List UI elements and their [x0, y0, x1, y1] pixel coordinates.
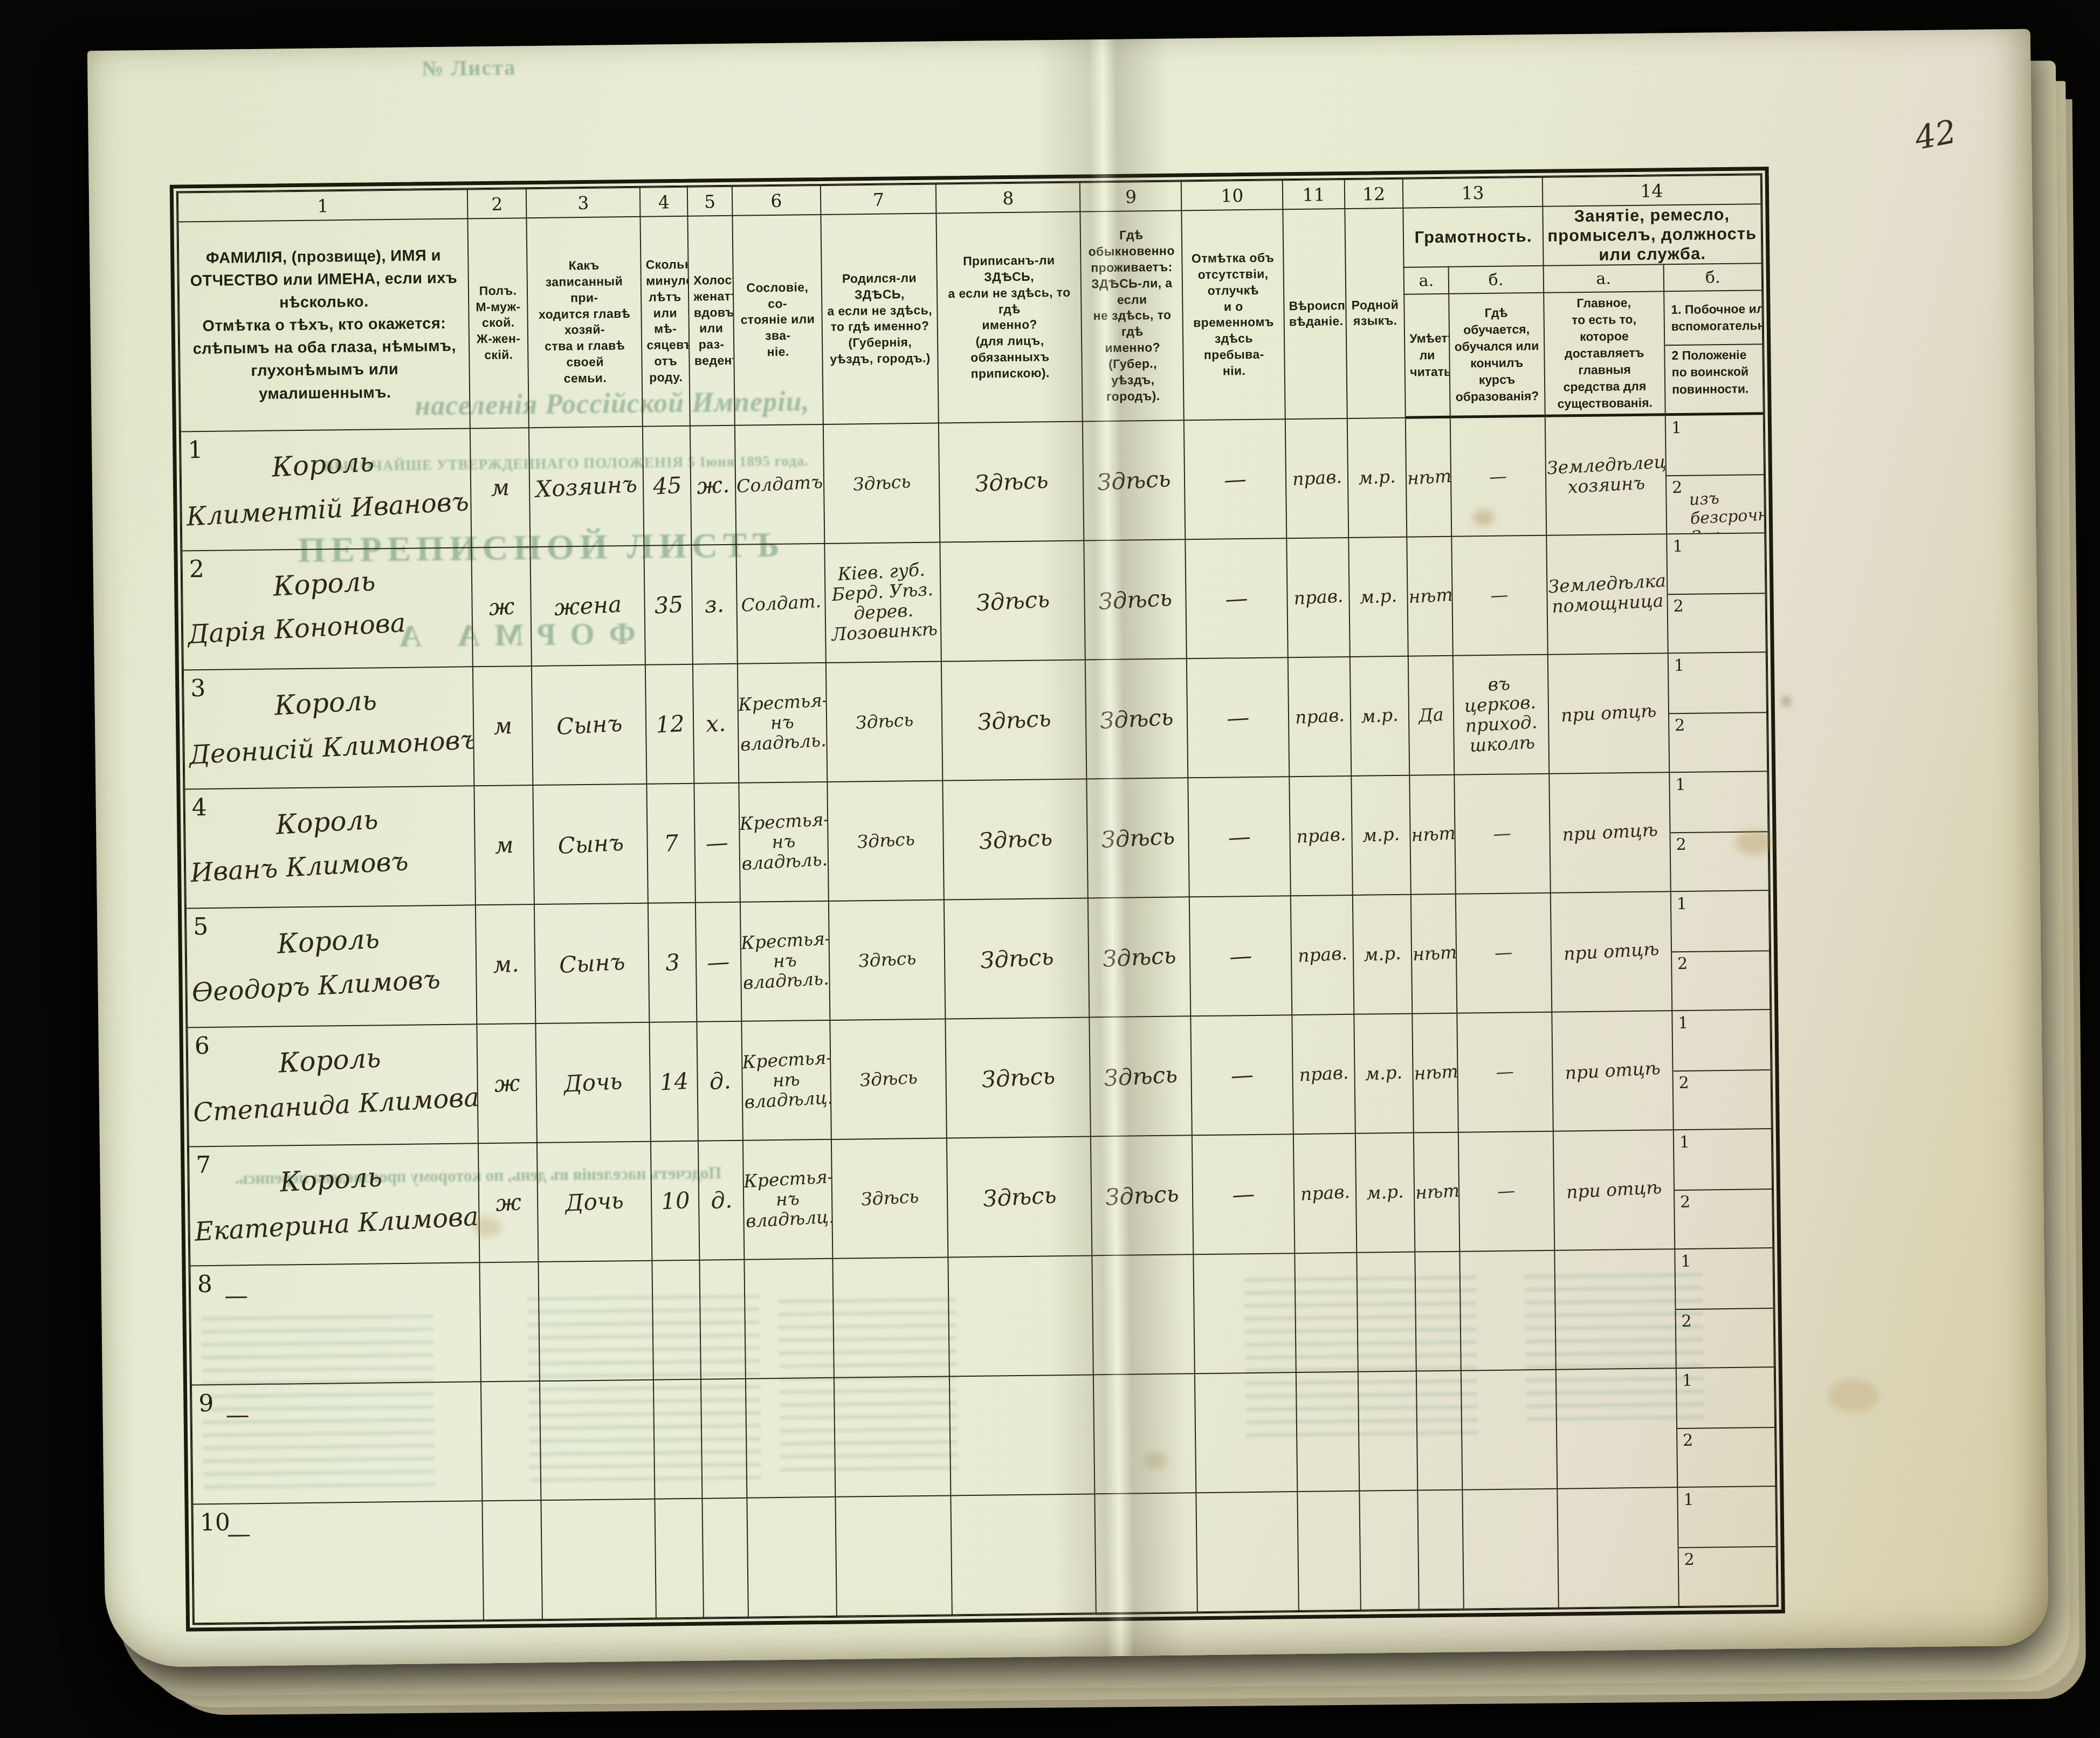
cell-religion: прав.: [1291, 895, 1354, 1015]
cell-occupation: [1554, 1249, 1676, 1370]
cell-school: —: [1451, 535, 1548, 656]
cell-language: м.р.: [1354, 1013, 1414, 1133]
registered-handwriting: Здѣсь: [974, 466, 1049, 497]
school-handwriting: —: [1489, 466, 1507, 487]
header-col-7-label: Родился-ли ЗДѢСЬ, а если не здѣсь, то гд…: [821, 214, 939, 424]
cell-school: —: [1457, 1012, 1553, 1132]
side-occupation-sub2: 2: [1675, 1189, 1772, 1248]
marital-handwriting: д.: [708, 1067, 732, 1095]
absence-handwriting: —: [1226, 704, 1250, 731]
occupation-handwriting: при отцѣ: [1561, 820, 1658, 845]
header-col-number: 4: [640, 187, 688, 217]
cell-age: 10: [651, 1141, 700, 1261]
cell-sex: [483, 1500, 542, 1620]
name-cell-wrap: 7КорольЕкатерина Климова: [189, 1144, 479, 1265]
paper-stain: [1828, 1379, 1879, 1413]
cell-school: [1462, 1488, 1559, 1609]
header-col-number: 1: [178, 189, 468, 222]
side-marker: 1: [1681, 1252, 1691, 1271]
cell-name: 9—: [191, 1382, 483, 1504]
cell-school: въ церков. приход. школѣ: [1452, 655, 1549, 775]
cell-reads: нѣтъ: [1410, 775, 1456, 895]
resides-handwriting: Здѣсь: [1097, 465, 1172, 496]
resides-handwriting: Здѣсь: [1101, 823, 1176, 853]
absence-handwriting: —: [1223, 465, 1248, 493]
side-marker: 2: [1673, 597, 1683, 616]
born-handwriting: Здѣсь: [859, 1068, 918, 1091]
cell-registered: Здѣсь: [946, 1017, 1091, 1138]
side-marker: 2: [1676, 835, 1686, 854]
language-handwriting: м.р.: [1366, 1181, 1404, 1204]
surname-handwriting: Король: [182, 560, 466, 607]
side-marker: 1: [1677, 895, 1687, 913]
header-col-number: 12: [1345, 179, 1403, 209]
table-row: 9—12: [191, 1367, 1775, 1504]
absence-handwriting: —: [1225, 585, 1249, 612]
cell-absence: —: [1189, 896, 1292, 1016]
cell-name: 7КорольЕкатерина Климова: [189, 1143, 480, 1266]
born-handwriting: Здѣсь: [855, 710, 914, 733]
bleed-through-text: № Листа: [422, 54, 516, 81]
registered-handwriting: Здѣсь: [980, 943, 1055, 973]
header-col-11-label: Вѣроиспо- вѣданіе.: [1283, 209, 1347, 419]
cell-school: —: [1450, 416, 1546, 537]
cell-religion: [1298, 1491, 1361, 1611]
cell-language: [1357, 1252, 1416, 1371]
side-marker: 1: [1682, 1371, 1692, 1390]
name-cell-wrap: 3КорольДеонисій Климоновъ: [184, 667, 474, 788]
header-col-number: 7: [821, 184, 937, 215]
absence-handwriting: —: [1228, 823, 1252, 850]
cell-resides: Здѣсь: [1090, 1016, 1192, 1136]
surname-handwriting: Король: [181, 441, 465, 488]
cell-marital: ж.: [690, 425, 736, 545]
cell-born: [832, 1257, 949, 1377]
cell-marital: —: [696, 902, 741, 1022]
cell-resides: [1093, 1373, 1196, 1494]
cell-resides: Здѣсь: [1087, 778, 1189, 898]
born-handwriting: Здѣсь: [852, 472, 911, 495]
cell-language: [1358, 1371, 1418, 1490]
cell-reads: Да: [1408, 656, 1454, 775]
header-occupation-a-label: а.: [1543, 264, 1664, 293]
cell-reads: нѣтъ: [1407, 537, 1453, 656]
cell-sex: [481, 1381, 541, 1501]
religion-handwriting: прав.: [1296, 825, 1346, 847]
cell-occupation: [1556, 1368, 1678, 1489]
cell-name: 4КорольИванъ Климовъ: [184, 786, 476, 908]
occupation-handwriting: Земледѣлецъ хозяинъ: [1546, 452, 1665, 499]
header-col-6-label: Сословіе, со- стояніе или зва- ніе.: [732, 215, 823, 425]
folio-number: 42: [1912, 113, 1959, 157]
cell-reads: нѣтъ: [1411, 894, 1457, 1014]
registered-handwriting: Здѣсь: [981, 1062, 1056, 1093]
reads-handwriting: Да: [1418, 705, 1444, 726]
sex-handwriting: ж: [488, 593, 515, 621]
cell-language: м.р.: [1347, 418, 1407, 538]
cell-age: 35: [644, 545, 693, 665]
cell-occupation: Земледѣлецъ хозяинъ: [1545, 415, 1667, 535]
header-col-10-label: Отмѣтка объ отсутствіи, отлучкѣ и о врем…: [1182, 209, 1285, 420]
row-number-dash: —: [227, 1520, 251, 1548]
side-marker: 2: [1683, 1431, 1693, 1450]
cell-absence: —: [1188, 777, 1291, 897]
cell-age: 3: [648, 903, 697, 1022]
reads-handwriting: нѣтъ: [1414, 1062, 1457, 1084]
cell-marital: —: [694, 783, 740, 903]
header-col-number: 13: [1403, 177, 1543, 208]
language-handwriting: м.р.: [1365, 1062, 1403, 1084]
name-cell-wrap: 1КорольКлиментій Ивановъ: [181, 429, 471, 550]
sex-handwriting: ж: [495, 1189, 522, 1217]
cell-marital: з.: [692, 545, 738, 664]
name-cell-wrap: 9—: [192, 1382, 482, 1503]
cell-registered: Здѣсь: [943, 779, 1089, 899]
cell-estate: Крестья- нъ владѣль.: [737, 663, 827, 783]
header-col-3-label: Какъ записанный при- ходится главѣ хозяй…: [526, 217, 643, 428]
cell-school: —: [1458, 1131, 1554, 1252]
cell-resides: [1092, 1254, 1195, 1375]
header-col-9-label: Гдѣ обыкновенно проживаетъ: ЗДѢСЬ-ли, а …: [1080, 210, 1184, 421]
cell-sex: м: [470, 428, 530, 547]
reads-handwriting: нѣтъ: [1412, 943, 1456, 965]
cell-reads: [1416, 1370, 1462, 1490]
cell-absence: —: [1191, 1015, 1293, 1135]
cell-sex: ж: [477, 1023, 537, 1143]
cell-age: 12: [645, 664, 694, 784]
header-col-2-label: Полъ. М-муж- ской. Ж-жен- скій.: [468, 218, 529, 428]
given-name-handwriting: Степанида Климова: [192, 1082, 477, 1128]
language-handwriting: м.р.: [1362, 824, 1400, 846]
religion-handwriting: прав.: [1295, 705, 1345, 728]
header-col-number: 3: [526, 188, 641, 218]
cell-name: 2КорольДарія Кононова: [182, 547, 473, 670]
cell-occupation: при отцѣ: [1551, 891, 1672, 1012]
cell-registered: Здѣсь: [941, 660, 1087, 780]
cell-registered: [949, 1375, 1095, 1495]
cell-born: Здѣсь: [829, 899, 946, 1020]
side-occupation-sub2: 2: [1673, 1069, 1771, 1129]
relation-handwriting: Сынъ: [557, 829, 624, 859]
cell-language: м.р.: [1348, 537, 1408, 657]
age-handwriting: 14: [659, 1068, 689, 1096]
language-handwriting: м.р.: [1358, 466, 1396, 489]
cell-side-occupation: 12: [1677, 1486, 1777, 1606]
cell-born: [834, 1376, 951, 1496]
header-col-4-label: Сколько минуло лѣтъ или мѣ- сяцевъ отъ р…: [641, 216, 690, 427]
cell-registered: Здѣсь: [939, 421, 1084, 542]
cell-reads: [1418, 1489, 1464, 1609]
cell-side-occupation: 12изъ безсрочн. Зап: нижн. чинъ: [1665, 414, 1765, 534]
school-handwriting: —: [1490, 585, 1509, 606]
cell-resides: Здѣсь: [1084, 539, 1187, 660]
relation-handwriting: Дочь: [563, 1068, 623, 1097]
cell-relation: Хозяинъ: [529, 427, 644, 547]
side-occupation-sub2: 2: [1669, 712, 1767, 771]
side-marker: 2: [1677, 954, 1688, 973]
row-number: 9: [198, 1390, 214, 1417]
cell-name: 1КорольКлиментій Ивановъ: [181, 428, 472, 551]
cell-religion: прав.: [1290, 776, 1353, 896]
given-name-handwriting: Ѳеодоръ Климовъ: [191, 964, 441, 1008]
cell-side-occupation: 12: [1667, 533, 1766, 653]
occupation-handwriting: при отцѣ: [1560, 700, 1657, 726]
sex-handwriting: м.: [492, 950, 519, 978]
side-occupation-sub2: 2: [1672, 950, 1769, 1009]
cell-registered: Здѣсь: [940, 540, 1086, 661]
census-table-grid: 1234567891011121314ФАМИЛІЯ, (прозвище), …: [177, 174, 1778, 1624]
side-occupation-sub2: 2: [1676, 1308, 1773, 1367]
language-handwriting: м.р.: [1360, 705, 1399, 727]
side2-handwriting: изъ безсрочн. Зап: нижн. чинъ: [1665, 473, 1765, 534]
table-header: 1234567891011121314ФАМИЛІЯ, (прозвище), …: [178, 175, 1764, 431]
given-name-handwriting: Иванъ Климовъ: [190, 846, 409, 888]
cell-age: 45: [643, 426, 692, 546]
side-occupation-sub1: 1: [1674, 1130, 1772, 1190]
religion-handwriting: прав.: [1292, 467, 1342, 490]
given-name-handwriting: Екатерина Климова: [194, 1201, 478, 1247]
school-handwriting: —: [1493, 823, 1512, 844]
side-marker: 1: [1671, 418, 1682, 437]
registered-handwriting: Здѣсь: [982, 1181, 1057, 1212]
resides-handwriting: Здѣсь: [1098, 585, 1173, 615]
name-cell-wrap: 10—: [193, 1501, 483, 1623]
census-table: 1234567891011121314ФАМИЛІЯ, (прозвище), …: [170, 167, 1785, 1631]
header-literacy-a-label: а.: [1404, 267, 1449, 294]
estate-handwriting: Крестья- нѣ владѣлц.: [742, 1048, 831, 1112]
cell-born: Здѣсь: [823, 423, 940, 543]
cell-religion: прав.: [1287, 538, 1350, 657]
marital-handwriting: з.: [704, 590, 725, 618]
paper-stain: [1782, 698, 1790, 705]
cell-name: 3КорольДеонисій Климоновъ: [183, 667, 474, 789]
school-handwriting: —: [1494, 943, 1513, 964]
cell-name: 8—: [190, 1262, 481, 1385]
surname-handwriting: Король: [183, 679, 467, 726]
sex-handwriting: ж: [493, 1069, 520, 1097]
marital-handwriting: х.: [705, 710, 727, 737]
sex-handwriting: м: [490, 474, 510, 502]
side-marker: 2: [1680, 1193, 1690, 1212]
surname-handwriting: Король: [185, 799, 469, 846]
header-occupation-b-label: б.: [1663, 263, 1762, 291]
cell-born: Здѣсь: [826, 661, 943, 781]
age-handwriting: 12: [655, 710, 685, 738]
header-col-1-label: ФАМИЛІЯ, (прозвище), ИМЯ и ОТЧЕСТВО или …: [178, 218, 470, 431]
cell-language: м.р.: [1350, 656, 1410, 776]
cell-age: [653, 1379, 703, 1499]
table-row: 2КорольДарія Кононоважжена35з.Солдат.Кіе…: [182, 533, 1766, 670]
estate-handwriting: Крестья- нъ владѣль.: [738, 690, 827, 754]
side-marker: 2: [1678, 1074, 1689, 1093]
religion-handwriting: прав.: [1298, 1063, 1349, 1086]
resides-handwriting: Здѣсь: [1102, 942, 1177, 972]
row-number: 8: [197, 1270, 213, 1298]
header-col-number: 10: [1181, 180, 1283, 210]
cell-age: [655, 1498, 704, 1618]
name-cell-wrap: 5КорольѲеодоръ Климовъ: [187, 905, 477, 1027]
header-col-5-label: Холостъ, женатъ, вдовъ или раз- веденъ.: [688, 216, 735, 426]
cell-relation: [540, 1379, 655, 1500]
side-occupation-sub1: 1: [1675, 1249, 1773, 1309]
name-cell-wrap: 6КорольСтепанида Климова: [188, 1025, 478, 1146]
cell-born: Здѣсь: [831, 1138, 948, 1258]
header-occupation-b-text: 1. Побочное или вспомогательное.2 Положе…: [1664, 290, 1764, 415]
cell-language: м.р.: [1351, 775, 1411, 895]
born-handwriting: Здѣсь: [858, 949, 917, 972]
side-marker: 1: [1672, 537, 1683, 556]
absence-handwriting: —: [1230, 1061, 1255, 1089]
header-occupation-group: Занятіе, ремесло, промыселъ, должность и…: [1543, 204, 1761, 266]
age-handwriting: 7: [663, 829, 679, 856]
school-handwriting: въ церков. приход. школѣ: [1452, 672, 1549, 757]
header-col-number: 5: [687, 187, 732, 216]
header-col-number: 14: [1542, 175, 1761, 207]
cell-religion: прав.: [1293, 1134, 1357, 1253]
name-cell-wrap: 4КорольИванъ Климовъ: [185, 786, 475, 908]
cell-side-occupation: 12: [1674, 1129, 1773, 1249]
cell-language: м.р.: [1355, 1132, 1415, 1252]
header-col-number: 6: [732, 186, 821, 216]
occupation-handwriting: Земледѣлка помощница: [1548, 571, 1667, 617]
cell-occupation: при отцѣ: [1552, 1011, 1674, 1131]
resides-handwriting: Здѣсь: [1104, 1061, 1179, 1091]
cell-resides: Здѣсь: [1083, 420, 1185, 540]
cell-relation: Сынъ: [533, 784, 648, 904]
side-occupation-sub1: 1: [1677, 1368, 1774, 1428]
cell-relation: Дочь: [535, 1022, 651, 1143]
cell-name: 5КорольѲеодоръ Климовъ: [186, 905, 477, 1027]
cell-resides: [1095, 1493, 1197, 1613]
header-col-number: 9: [1080, 181, 1181, 211]
cell-born: Здѣсь: [827, 780, 944, 901]
side-marker: 2: [1675, 716, 1685, 735]
table-row: 4КорольИванъ КлимовъмСынъ7—Крестья- нъ в…: [184, 771, 1768, 908]
cell-sex: ж: [472, 547, 532, 667]
table-row: 3КорольДеонисій КлимоновъмСынъ12х.Кресть…: [183, 652, 1767, 789]
surname-handwriting: Король: [186, 918, 470, 965]
cell-reads: [1415, 1252, 1461, 1371]
cell-absence: [1195, 1372, 1297, 1493]
marital-handwriting: —: [706, 948, 731, 976]
given-name-handwriting: Деонисій Климоновъ: [188, 725, 472, 771]
table-body: 1КорольКлиментій ИвановъмХозяинъ45ж.Солд…: [181, 414, 1777, 1623]
header-col-number: 8: [936, 183, 1080, 214]
occupation-handwriting: при отцѣ: [1563, 939, 1660, 964]
cell-side-occupation: 12: [1675, 1248, 1774, 1368]
name-cell-wrap: 8—: [190, 1263, 480, 1384]
side-occupation-sub2: 2: [1668, 593, 1765, 652]
cell-relation: Сынъ: [534, 903, 650, 1023]
side-marker: 2: [1681, 1312, 1691, 1331]
surname-handwriting: Король: [188, 1037, 472, 1084]
cell-absence: —: [1184, 419, 1286, 539]
cell-absence: [1196, 1492, 1299, 1612]
cell-estate: Крестья- нъ владѣль.: [739, 782, 829, 902]
marital-handwriting: —: [705, 829, 729, 856]
cell-side-occupation: 12: [1671, 890, 1771, 1011]
side-occupation-sub1: 1: [1678, 1487, 1775, 1547]
cell-born: Кіев. губ. Берд. Уѣз. дерев. Лозовинкѣ: [824, 542, 941, 662]
cell-estate: [744, 1259, 834, 1379]
cell-reads: нѣтъ: [1414, 1132, 1459, 1252]
cell-sex: [480, 1262, 540, 1382]
side-marker: 1: [1679, 1133, 1690, 1152]
cell-sex: ж: [478, 1143, 538, 1262]
cell-born: [835, 1495, 952, 1616]
cell-religion: прав.: [1292, 1014, 1355, 1134]
born-handwriting: Кіев. губ. Берд. Уѣз. дерев. Лозовинкѣ: [825, 560, 941, 645]
cell-registered: [948, 1255, 1094, 1376]
cell-absence: —: [1192, 1134, 1295, 1254]
relation-handwriting: Сынъ: [555, 710, 623, 740]
header-literacy-group: Грамотность.: [1403, 207, 1544, 267]
cell-registered: Здѣсь: [944, 898, 1090, 1019]
cell-born: Здѣсь: [830, 1019, 947, 1139]
census-sheet: № Листанаселенія Россійской Имперіи,ВЫСО…: [87, 29, 2049, 1668]
row-number-dash: —: [225, 1401, 250, 1428]
age-handwriting: 35: [653, 591, 684, 619]
born-handwriting: Здѣсь: [860, 1187, 919, 1210]
occupation-handwriting: при отцѣ: [1564, 1058, 1661, 1083]
cell-side-occupation: 12: [1676, 1367, 1776, 1487]
bleed-through-layer: № Листанаселенія Россійской Имперіи,ВЫСО…: [87, 29, 2030, 51]
age-handwriting: 10: [660, 1187, 690, 1215]
cell-occupation: Земледѣлка помощница: [1546, 534, 1668, 655]
cell-relation: Сынъ: [532, 665, 647, 785]
side-occupation-sub2: 2: [1678, 1546, 1776, 1605]
born-handwriting: Здѣсь: [856, 829, 915, 853]
cell-estate: [747, 1497, 837, 1617]
absence-handwriting: —: [1229, 942, 1253, 970]
surname-handwriting: Король: [189, 1156, 473, 1203]
row-number-dash: —: [224, 1282, 249, 1309]
cell-marital: [701, 1379, 747, 1499]
table-row: 10—12: [192, 1486, 1777, 1623]
side-marker: 1: [1683, 1490, 1693, 1509]
given-name-handwriting: Климентій Ивановъ: [185, 486, 470, 532]
cell-occupation: при отцѣ: [1553, 1130, 1675, 1251]
age-handwriting: 3: [665, 949, 680, 976]
table-row: 7КорольЕкатерина КлимоважДочь10д.Крестья…: [189, 1129, 1773, 1266]
language-handwriting: м.р.: [1359, 586, 1397, 608]
reads-handwriting: нѣтъ: [1407, 466, 1450, 489]
side-marker: 1: [1678, 1014, 1688, 1033]
cell-name: 10—: [192, 1501, 484, 1623]
side-occupation-sub2: 2: [1677, 1427, 1775, 1486]
cell-occupation: при отцѣ: [1549, 772, 1671, 893]
given-name-handwriting: Дарія Кононова: [187, 608, 407, 650]
cell-relation: [541, 1499, 656, 1619]
header-col-number: 2: [467, 189, 526, 218]
cell-estate: Солдатъ: [734, 424, 824, 545]
cell-relation: Дочь: [537, 1142, 652, 1262]
registered-handwriting: Здѣсь: [977, 705, 1052, 735]
cell-language: [1359, 1490, 1419, 1610]
header-literacy-a-text: Умѣетъ- ли читать?: [1404, 294, 1450, 418]
header-occupation-b1: 1. Побочное или вспомогательное.: [1664, 291, 1762, 346]
sex-handwriting: м: [494, 832, 514, 859]
cell-relation: [538, 1260, 653, 1380]
side-marker: 1: [1675, 775, 1685, 794]
cell-religion: прав.: [1285, 418, 1348, 538]
estate-handwriting: Солдатъ: [736, 472, 823, 497]
school-handwriting: —: [1496, 1062, 1514, 1083]
cell-absence: [1194, 1253, 1296, 1373]
side-marker: 2: [1684, 1550, 1694, 1569]
resides-handwriting: Здѣсь: [1099, 704, 1174, 734]
cell-estate: Крестья- нъ владѣлц.: [742, 1139, 832, 1260]
